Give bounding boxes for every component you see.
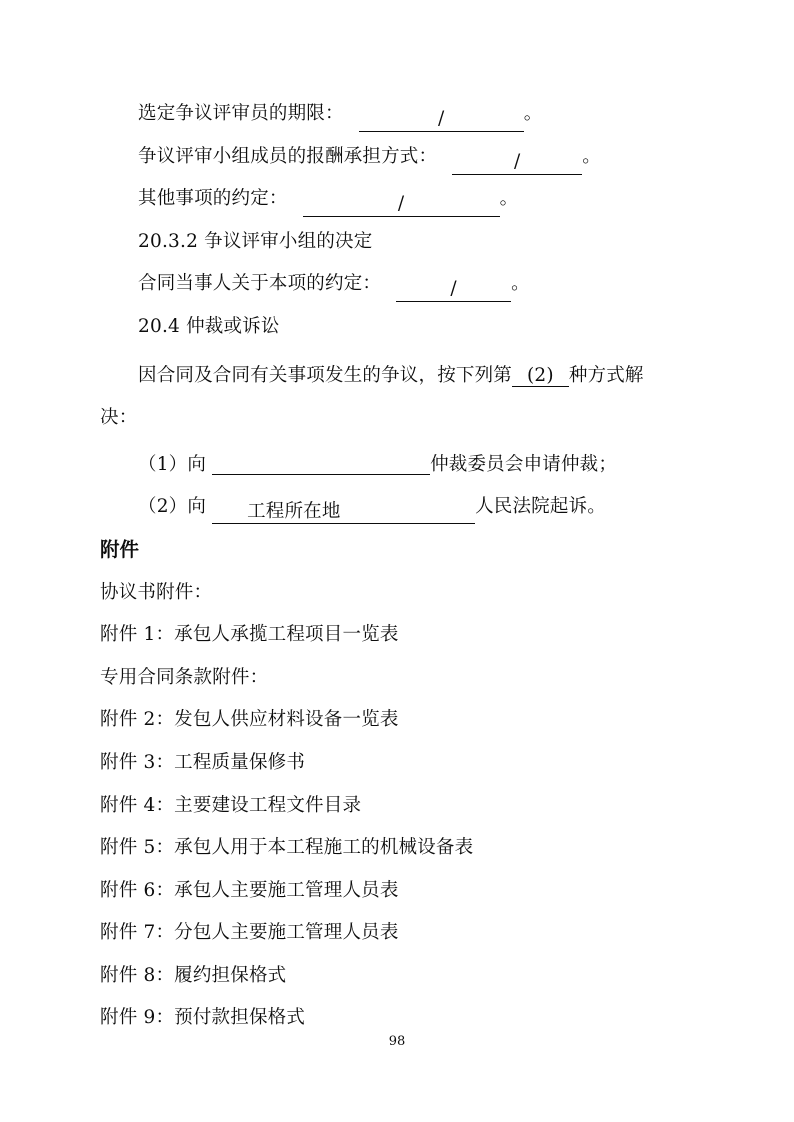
- annex-list-item: 附件 2：发包人供应材料设备一览表: [100, 699, 710, 742]
- line-option-litigation: （2）向工程所在地人民法院起诉。: [100, 486, 710, 529]
- page-number: 98: [0, 1033, 794, 1051]
- option1-suffix: 仲裁委员会申请仲裁；: [430, 454, 617, 475]
- annex-list-item: 附件 6：承包人主要施工管理人员表: [100, 870, 710, 913]
- line-arbitrator-deadline: 选定争议评审员的期限：/。: [100, 93, 710, 136]
- dispute-text-part1: 因合同及合同有关事项发生的争议，按下列第: [138, 365, 512, 386]
- arbitrator-deadline-blank: /: [359, 106, 524, 132]
- remuneration-label: 争议评审小组成员的报酬承担方式：: [138, 146, 437, 167]
- clause-20-4-heading: 20.4 仲裁或诉讼: [100, 306, 710, 349]
- other-matters-label: 其他事项的约定：: [138, 188, 288, 209]
- arbitrator-deadline-period: 。: [524, 103, 543, 124]
- annex-list-item: 附件 1：承包人承揽工程项目一览表: [100, 614, 710, 657]
- line-parties-agreement: 合同当事人关于本项的约定：/。: [100, 263, 710, 306]
- remuneration-blank: /: [452, 149, 582, 175]
- dispute-text-part2: 种方式解: [569, 365, 644, 386]
- arbitrator-deadline-label: 选定争议评审员的期限：: [138, 103, 344, 124]
- other-matters-period: 。: [500, 188, 519, 209]
- line-other-matters: 其他事项的约定：/。: [100, 178, 710, 221]
- option2-suffix: 人民法院起诉。: [475, 496, 606, 517]
- annex-list-item: 附件 7：分包人主要施工管理人员表: [100, 912, 710, 955]
- dispute-paragraph-line1: 因合同及合同有关事项发生的争议，按下列第(2)种方式解: [100, 355, 710, 398]
- other-matters-blank: /: [303, 191, 500, 217]
- annex-section-heading: 附件: [100, 529, 710, 572]
- clause-20-3-2-heading: 20.3.2 争议评审小组的决定: [100, 221, 710, 264]
- parties-agreement-period: 。: [511, 273, 530, 294]
- parties-agreement-blank: /: [396, 276, 511, 302]
- annex-list-item: 协议书附件：: [100, 572, 710, 615]
- document-content: 选定争议评审员的期限：/。 争议评审小组成员的报酬承担方式：/。 其他事项的约定…: [100, 93, 710, 1040]
- option2-blank: 工程所在地: [212, 499, 475, 524]
- line-remuneration: 争议评审小组成员的报酬承担方式：/。: [100, 136, 710, 179]
- contract-document-page: 选定争议评审员的期限：/。 争议评审小组成员的报酬承担方式：/。 其他事项的约定…: [0, 0, 794, 1122]
- parties-agreement-label: 合同当事人关于本项的约定：: [138, 273, 381, 294]
- annex-list-item: 专用合同条款附件：: [100, 657, 710, 700]
- option1-blank: [212, 449, 430, 475]
- annex-list-item: 附件 3：工程质量保修书: [100, 742, 710, 785]
- annex-list-item: 附件 4：主要建设工程文件目录: [100, 785, 710, 828]
- annex-list-item: 附件 8：履约担保格式: [100, 955, 710, 998]
- remuneration-period: 。: [582, 146, 601, 167]
- option2-prefix: （2）向: [138, 496, 206, 517]
- option1-prefix: （1）向: [138, 454, 206, 475]
- annex-list-item: 附件 5：承包人用于本工程施工的机械设备表: [100, 827, 710, 870]
- annex-list: 协议书附件：附件 1：承包人承揽工程项目一览表专用合同条款附件：附件 2：发包人…: [100, 572, 710, 1041]
- line-option-arbitration: （1）向仲裁委员会申请仲裁；: [100, 444, 710, 487]
- dispute-paragraph-line2: 决：: [100, 397, 710, 440]
- dispute-selected-option: (2): [512, 365, 569, 387]
